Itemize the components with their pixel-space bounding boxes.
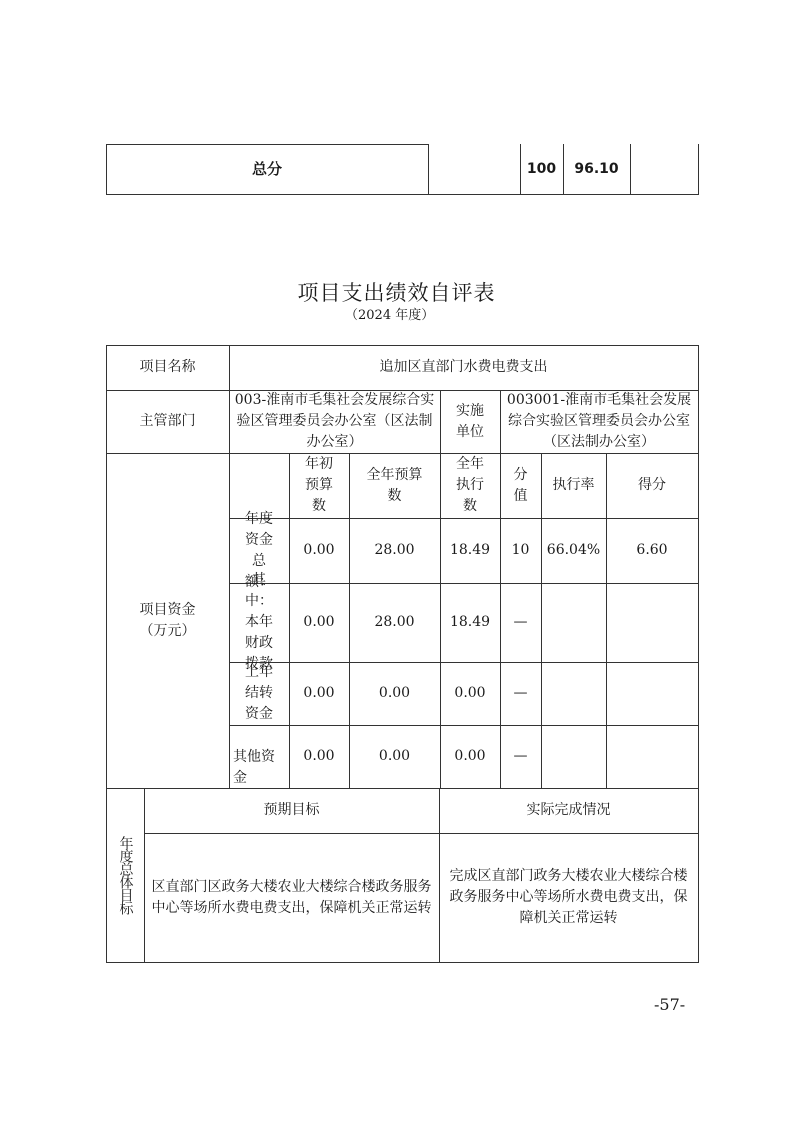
row-total-initial: 0.00 xyxy=(289,518,349,583)
impl-unit-label: 实施单位 xyxy=(440,390,500,453)
page-number: -57- xyxy=(654,995,685,1014)
row-carryover-annual: 0.00 xyxy=(349,662,440,725)
impl-unit-value: 003001-淮南市毛集社会发展综合实验区管理委员会办公室（区法制办公室） xyxy=(500,390,698,453)
row-fiscal-initial: 0.00 xyxy=(289,583,349,662)
row-carryover-score xyxy=(606,662,698,725)
funds-label: 项目资金（万元） xyxy=(106,453,229,788)
divider xyxy=(698,345,699,963)
row-fiscal-score xyxy=(606,583,698,662)
row-total-executed: 18.49 xyxy=(440,518,500,583)
row-total-annual: 28.00 xyxy=(349,518,440,583)
header-annual-executed: 全年执行数 xyxy=(440,453,500,518)
summary-col5 xyxy=(630,144,698,195)
row-carryover-executed: 0.00 xyxy=(440,662,500,725)
expected-goal-value: 区直部门区政务大楼农业大楼综合楼政务服务中心等场所水费电费支出，保障机关正常运转 xyxy=(144,833,439,962)
expected-goal-header: 预期目标 xyxy=(144,788,439,833)
annual-goals-label-text: 年度总体目标 xyxy=(115,836,136,914)
total-score-label: 总分 xyxy=(106,144,428,195)
header-weight: 分值 xyxy=(500,453,541,518)
row-fiscal-rate xyxy=(541,583,606,662)
dept-value: 003-淮南市毛集社会发展综合实验区管理委员会办公室（区法制办公室） xyxy=(229,390,440,453)
header-execution-rate: 执行率 xyxy=(541,453,606,518)
header-initial-budget: 年初预算数 xyxy=(289,453,349,518)
row-total-weight: 10 xyxy=(500,518,541,583)
row-fiscal-weight: — xyxy=(500,583,541,662)
annual-goals-label: 年度总体目标 xyxy=(106,788,144,962)
project-name-value: 追加区直部门水费电费支出 xyxy=(229,345,698,390)
row-total-rate: 66.04% xyxy=(541,518,606,583)
page-subtitle: （2024 年度） xyxy=(345,304,434,323)
row-other-rate xyxy=(541,725,606,788)
actual-result-header: 实际完成情况 xyxy=(439,788,698,833)
row-other-weight: — xyxy=(500,725,541,788)
total-score-value: 96.10 xyxy=(563,144,630,195)
page-title: 项目支出绩效自评表 xyxy=(0,277,793,307)
dept-label: 主管部门 xyxy=(106,390,229,453)
summary-col2 xyxy=(428,144,520,195)
row-other-executed: 0.00 xyxy=(440,725,500,788)
header-score: 得分 xyxy=(606,453,698,518)
row-carryover-rate xyxy=(541,662,606,725)
row-total-score: 6.60 xyxy=(606,518,698,583)
actual-result-value: 完成区直部门政务大楼农业大楼综合楼政务服务中心等场所水费电费支出，保障机关正常运… xyxy=(439,833,698,962)
row-carryover-label: 上年结转资金 xyxy=(229,662,289,725)
full-score-value: 100 xyxy=(520,144,563,195)
row-carryover-initial: 0.00 xyxy=(289,662,349,725)
header-annual-budget: 全年预算数 xyxy=(349,453,440,518)
row-carryover-weight: — xyxy=(500,662,541,725)
row-other-label: 其他资金 xyxy=(229,725,289,788)
divider xyxy=(698,144,699,195)
row-other-annual: 0.00 xyxy=(349,725,440,788)
project-name-label: 项目名称 xyxy=(106,345,229,390)
row-other-initial: 0.00 xyxy=(289,725,349,788)
divider xyxy=(106,962,699,963)
row-fiscal-annual: 28.00 xyxy=(349,583,440,662)
row-fiscal-label: 其中：本年财政拨款 xyxy=(229,583,289,662)
row-fiscal-executed: 18.49 xyxy=(440,583,500,662)
row-other-score xyxy=(606,725,698,788)
